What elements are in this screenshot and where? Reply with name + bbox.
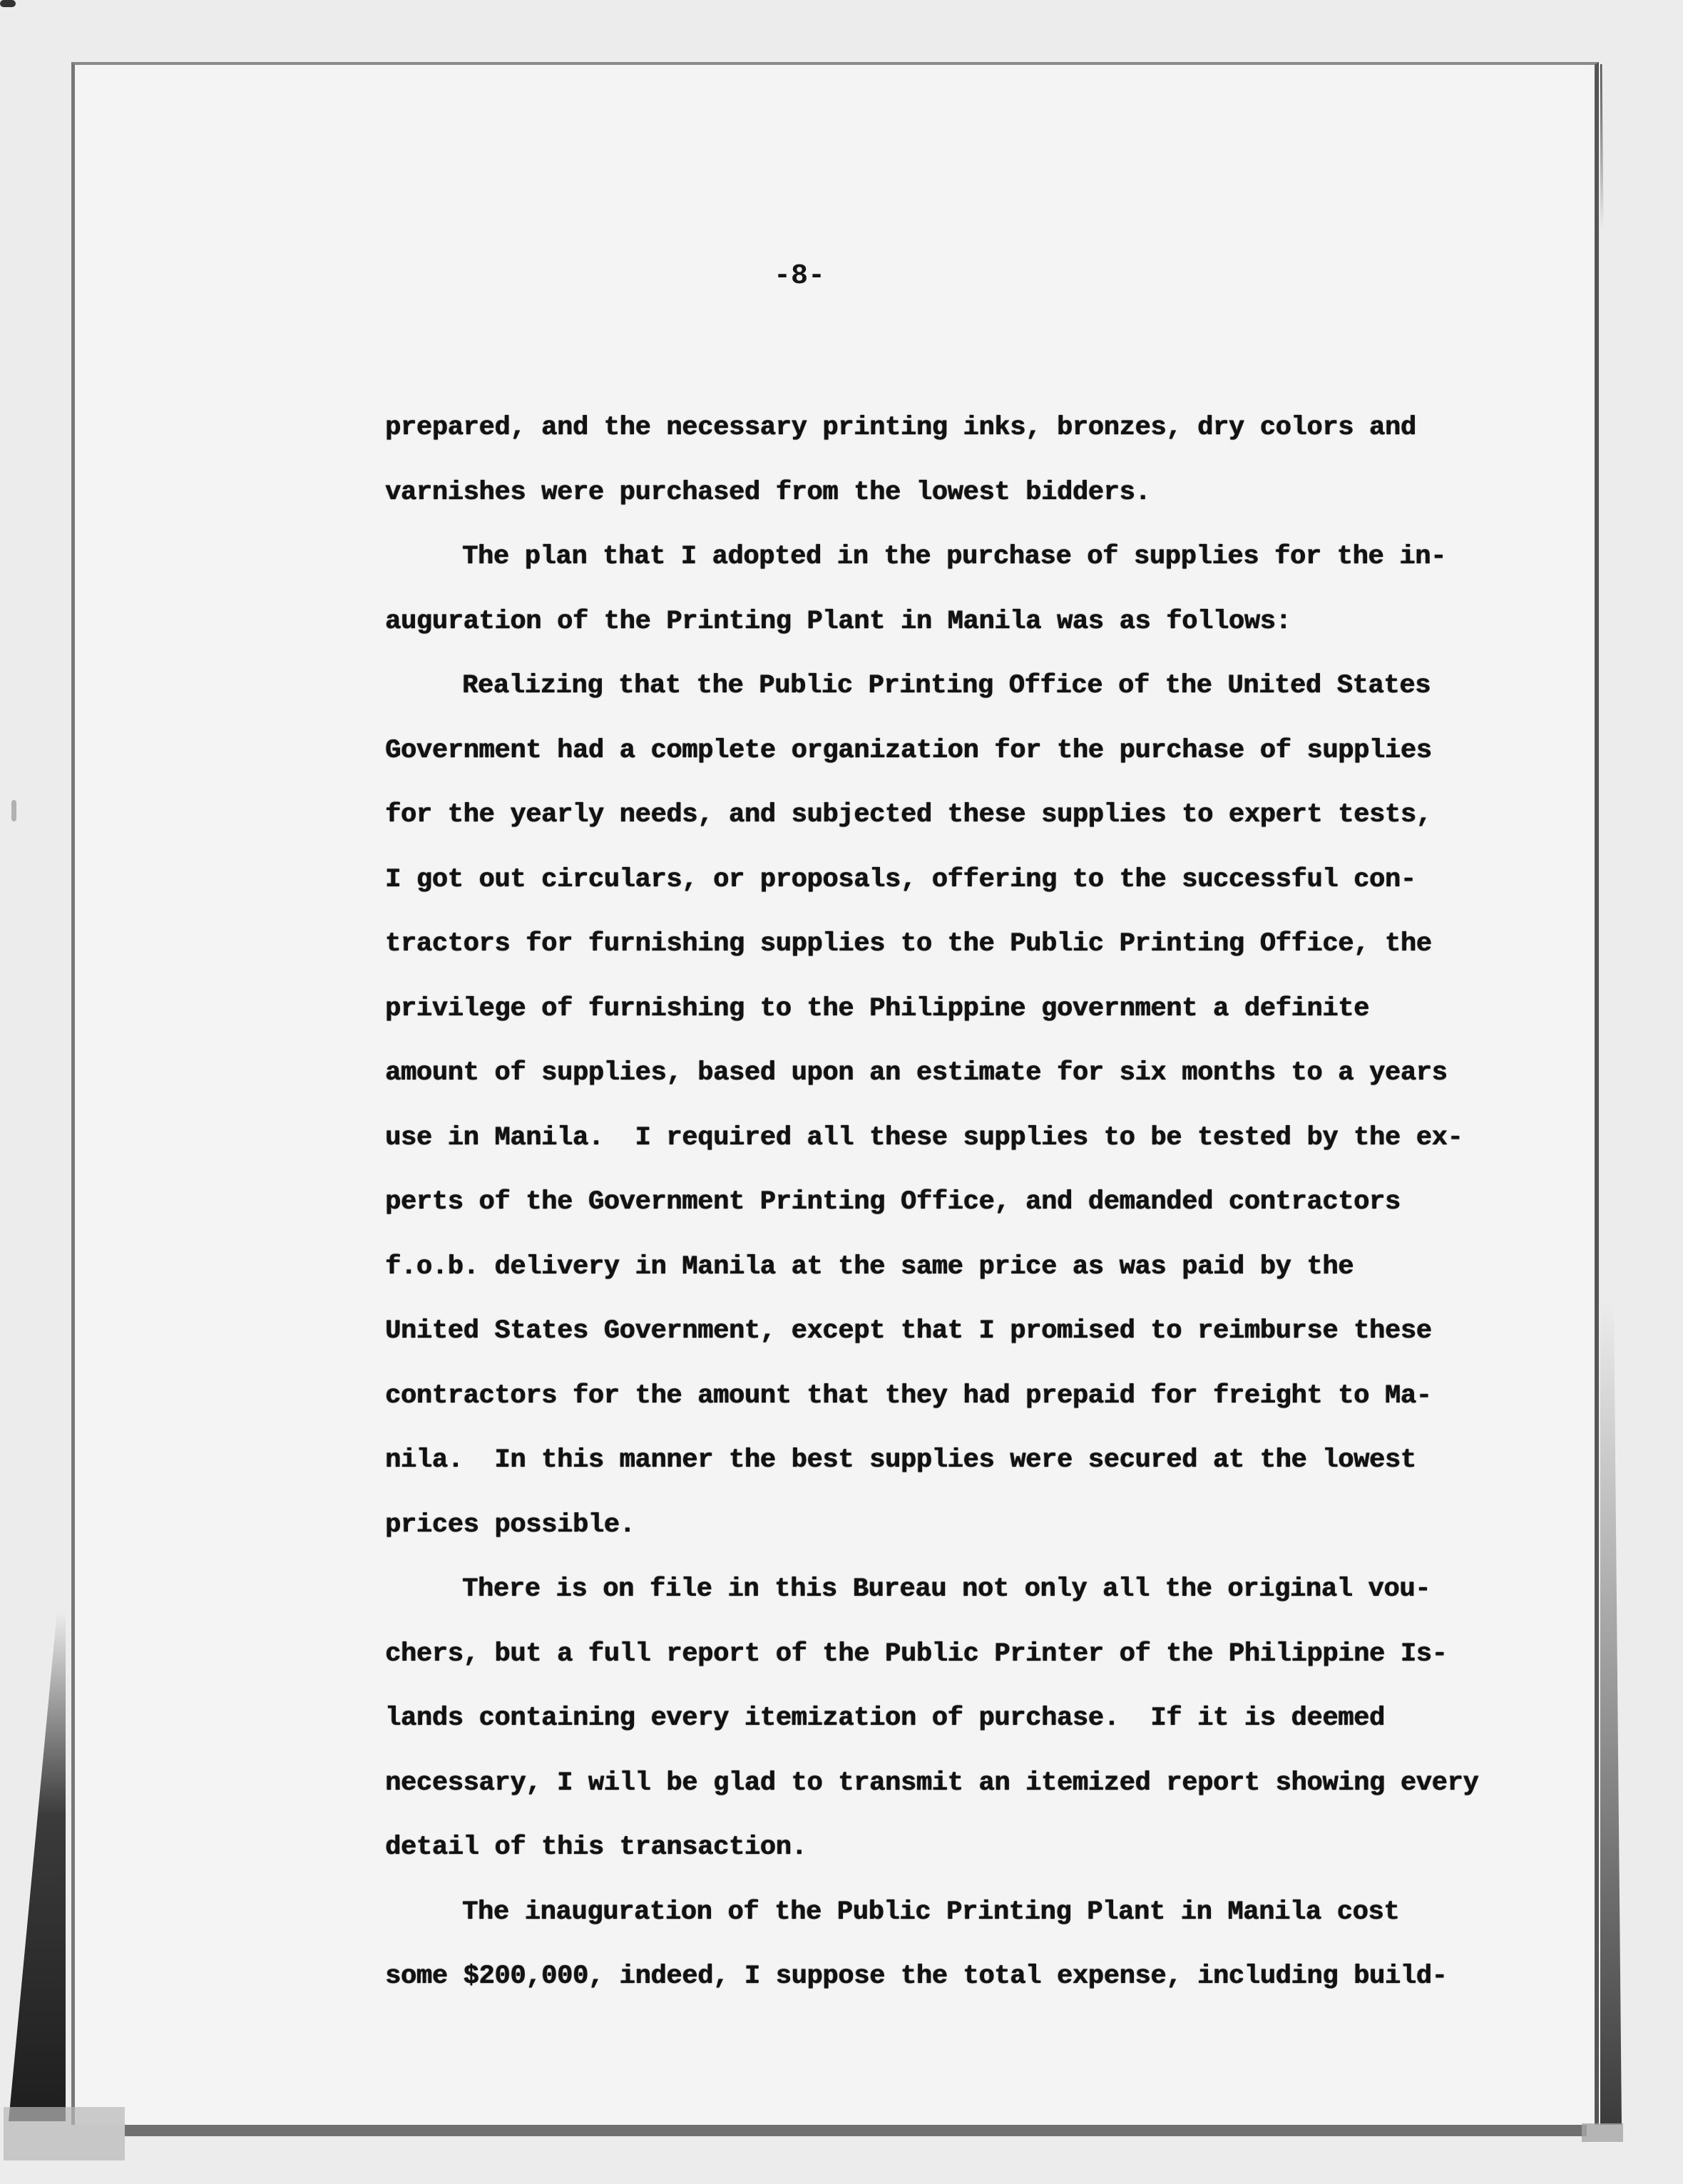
text-line: tractors for furnishing supplies to the … — [385, 912, 1540, 977]
text-line: nila. In this manner the best supplies w… — [385, 1428, 1540, 1493]
text-line: f.o.b. delivery in Manila at the same pr… — [385, 1235, 1540, 1300]
sheet-shadow-right — [1600, 64, 1622, 2125]
text-line: auguration of the Printing Plant in Mani… — [385, 590, 1540, 655]
ink-speck — [0, 0, 16, 7]
text-line: varnishes were purchased from the lowest… — [385, 461, 1540, 526]
text-line: There is on file in this Bureau not only… — [385, 1557, 1540, 1622]
text-line: necessary, I will be glad to transmit an… — [385, 1751, 1540, 1816]
text-line: United States Government, except that I … — [385, 1299, 1540, 1364]
text-line: contractors for the amount that they had… — [385, 1364, 1540, 1429]
text-line: The plan that I adopted in the purchase … — [385, 525, 1540, 590]
text-line: some $200,000, indeed, I suppose the tot… — [385, 1944, 1540, 2009]
text-line: detail of this transaction. — [385, 1815, 1540, 1880]
text-line: privilege of furnishing to the Philippin… — [385, 977, 1540, 1042]
text-line: for the yearly needs, and subjected thes… — [385, 783, 1540, 848]
sheet-shadow-bottom — [125, 2125, 1587, 2136]
text-line: perts of the Government Printing Office,… — [385, 1170, 1540, 1235]
text-line: Government had a complete organization f… — [385, 719, 1540, 784]
corner-shade-left — [4, 2107, 125, 2160]
corner-shade-right — [1582, 2123, 1623, 2142]
page-number: -8- — [774, 260, 825, 292]
text-line: chers, but a full report of the Public P… — [385, 1622, 1540, 1687]
text-line: prepared, and the necessary printing ink… — [385, 396, 1540, 461]
text-line: Realizing that the Public Printing Offic… — [385, 654, 1540, 719]
text-line: lands containing every itemization of pu… — [385, 1686, 1540, 1751]
typed-body-text: prepared, and the necessary printing ink… — [385, 396, 1540, 2009]
text-line: prices possible. — [385, 1493, 1540, 1558]
text-line: I got out circulars, or proposals, offer… — [385, 848, 1540, 913]
text-line: amount of supplies, based upon an estima… — [385, 1041, 1540, 1106]
text-line: The inauguration of the Public Printing … — [385, 1880, 1540, 1945]
sheet-shadow-left — [9, 1611, 66, 2121]
text-line: use in Manila. I required all these supp… — [385, 1106, 1540, 1171]
margin-mark — [11, 800, 16, 821]
